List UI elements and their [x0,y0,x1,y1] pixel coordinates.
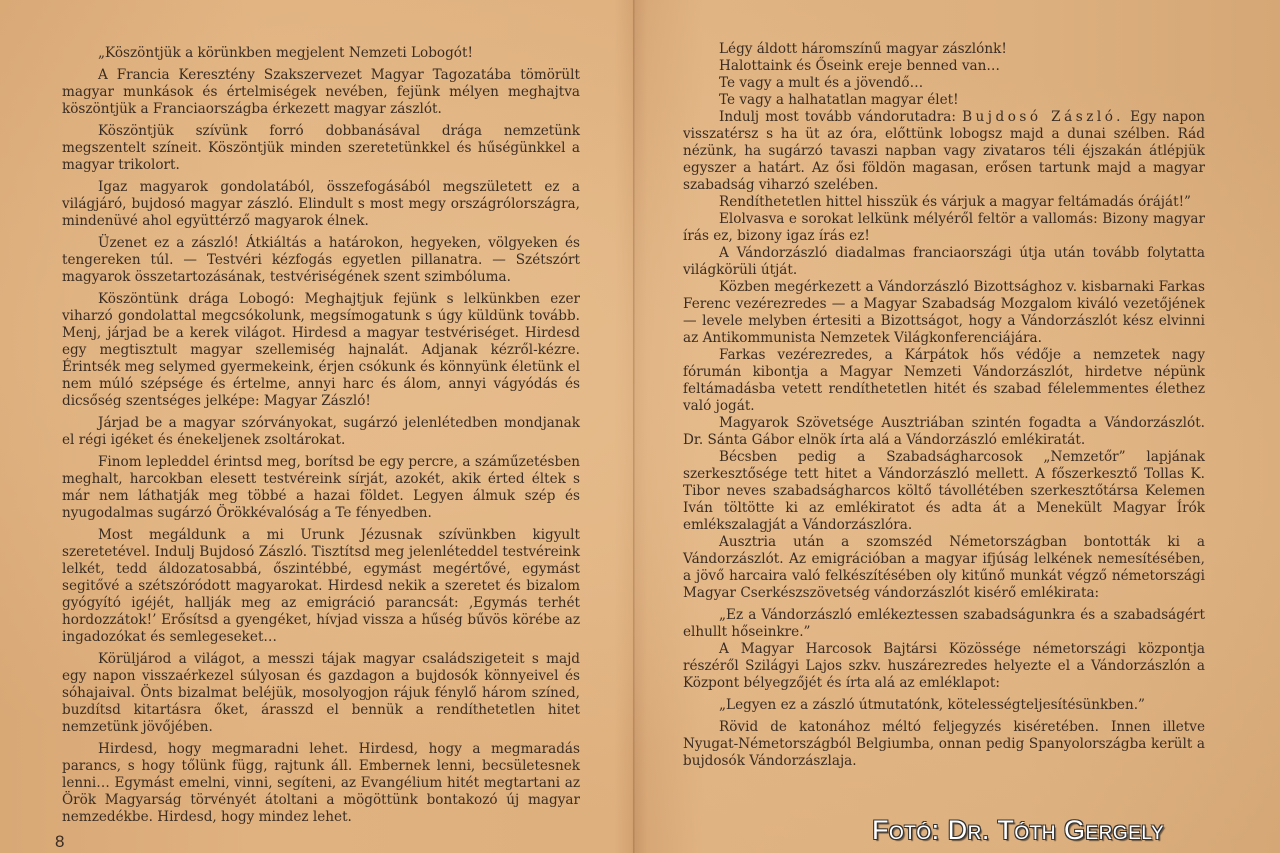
text-run: Indulj most tovább vándorutadra: [719,109,962,125]
poem-line: Te vagy a mult és a jövendő… [683,75,1205,92]
paragraph: Elolvasva e sorokat lelkünk mélyéről fel… [683,211,1205,245]
paragraph: Köszöntjük szívünk forró dobbanásával dr… [62,123,580,174]
spaced-title: Bujdosó Zászló. [962,109,1124,125]
paragraph: „Köszöntjük a körünkben megjelent Nemzet… [62,45,580,62]
quote-paragraph: „Legyen ez a zászló útmutatónk, köteless… [683,697,1205,714]
poem: Légy áldott háromszínű magyar zászlónk! … [683,41,1205,109]
paragraph: Rendíthetetlen hittel hisszük és várjuk … [683,194,1205,211]
paragraph: Rövid de katonához méltó feljegyzés kisé… [683,719,1205,770]
poem-line: Halottaink és Őseink ereje benned van… [683,58,1205,75]
photo-credit-watermark: Fotó: Dr. Tóth Gergely [872,815,1164,846]
paragraph: Bécsben pedig a Szabadságharcosok „Nemze… [683,449,1205,534]
paragraph: Hirdesd, hogy megmaradni lehet. Hirdesd,… [62,741,580,826]
paragraph: Járjad be a magyar szórványokat, sugárzó… [62,415,580,449]
paragraph: Körüljárod a világot, a messzi tájak mag… [62,651,580,736]
paragraph: A Vándorzászló diadalmas franciaországi … [683,245,1205,279]
paragraph: Üzenet ez a zászló! Átkiáltás a határoko… [62,235,580,286]
paragraph: Finom lepleddel érintsd meg, borítsd be … [62,454,580,522]
poem-line: Te vagy a halhatatlan magyar élet! [683,92,1205,109]
paragraph: A Francia Keresztény Szakszervezet Magya… [62,67,580,118]
left-page: „Köszöntjük a körünkben megjelent Nemzet… [62,45,580,830]
page-number: 8 [55,832,64,852]
paragraph: Közben megérkezett a Vándorzászló Bizott… [683,279,1205,347]
page-fold [633,0,635,853]
paragraph: Igaz magyarok gondolatából, összefogásáb… [62,179,580,230]
right-page: Légy áldott háromszínű magyar zászlónk! … [683,41,1205,770]
paragraph: Ausztria után a szomszéd Németországban … [683,534,1205,602]
book-spread: „Köszöntjük a körünkben megjelent Nemzet… [0,0,1280,853]
paragraph: Farkas vezérezredes, a Kárpátok hős védő… [683,347,1205,415]
paragraph: Köszöntünk drága Lobogó: Meghajtjuk fejü… [62,291,580,410]
poem-line: Légy áldott háromszínű magyar zászlónk! [683,41,1205,58]
paragraph: Most megáldunk a mi Urunk Jézusnak szívü… [62,527,580,646]
paragraph: Indulj most tovább vándorutadra: Bujdosó… [683,109,1205,194]
quote-paragraph: „Ez a Vándorzászló emlékeztessen szabads… [683,607,1205,641]
paragraph: Magyarok Szövetsége Ausztriában szintén … [683,415,1205,449]
paragraph: A Magyar Harcosok Bajtársi Közössége ném… [683,641,1205,692]
